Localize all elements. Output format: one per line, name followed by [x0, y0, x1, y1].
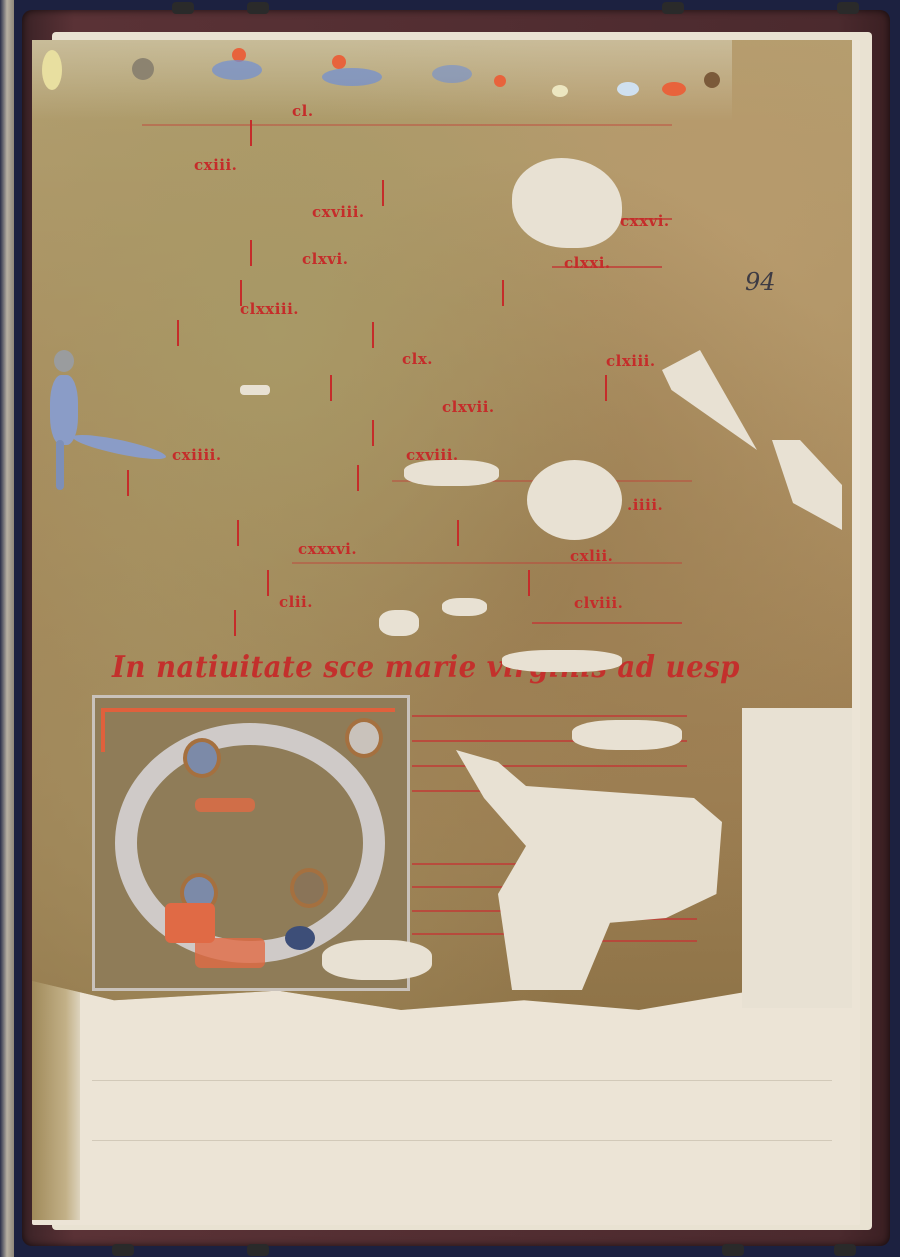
- parchment-fragment-left: [32, 980, 80, 1220]
- repair-paper: [742, 708, 852, 1008]
- chant-number: clxvi.: [302, 250, 348, 268]
- staff-line: [412, 910, 512, 912]
- staff-line: [292, 562, 682, 564]
- white-bud-icon: [552, 85, 568, 97]
- parchment-loss: [379, 610, 419, 636]
- parchment-loss: [404, 460, 499, 486]
- staff-line: [412, 933, 512, 935]
- paper-crease: [92, 1140, 832, 1141]
- figure-robe: [195, 798, 255, 812]
- figure-head: [345, 718, 383, 758]
- chant-number: clxxiii.: [240, 300, 299, 318]
- folio-number: 94: [745, 268, 776, 296]
- binding-clasp: [172, 2, 194, 14]
- parchment-loss: [527, 460, 622, 540]
- chant-number: clii.: [279, 593, 313, 611]
- chant-number: cxiii.: [194, 156, 237, 174]
- division-bar: [457, 520, 459, 546]
- blue-leaf-icon: [322, 68, 382, 86]
- paper-crease: [92, 1080, 832, 1081]
- chant-number: clviii.: [574, 594, 623, 612]
- binding-clasp: [247, 1244, 269, 1256]
- crescent-motif: [42, 50, 62, 90]
- top-decorative-border: [32, 40, 732, 120]
- orange-flower-icon: [662, 82, 686, 96]
- adjacent-page-edge: [0, 0, 14, 1257]
- creature-tail: [72, 430, 168, 463]
- division-bar: [357, 465, 359, 491]
- chant-number: .iiii.: [627, 496, 663, 514]
- division-bar: [237, 520, 239, 546]
- division-bar: [234, 610, 236, 636]
- head-motif: [704, 72, 720, 88]
- chant-number: clxvii.: [442, 398, 495, 416]
- binding-clasp: [834, 1244, 856, 1256]
- orange-flower-icon: [494, 75, 506, 87]
- division-bar: [605, 375, 607, 401]
- binding-clasp: [722, 1244, 744, 1256]
- staff-line: [532, 622, 682, 624]
- chant-number: cxxxvi.: [298, 540, 357, 558]
- staff-line: [412, 715, 687, 717]
- chant-number: clxiii.: [606, 352, 656, 370]
- chant-number: cxviii.: [312, 203, 365, 221]
- division-bar: [250, 240, 252, 266]
- binding-clasp: [247, 2, 269, 14]
- division-bar: [528, 570, 530, 596]
- blue-figure-motif: [285, 926, 315, 950]
- figure-robe: [195, 938, 265, 968]
- chant-number: cxxvi.: [620, 212, 670, 230]
- division-bar: [267, 570, 269, 596]
- creature-leg: [56, 440, 64, 490]
- rubric-heading: In natiuitate sce marie virginis ad uesp: [112, 650, 740, 685]
- staff-line: [412, 765, 687, 767]
- blue-leaf-icon: [212, 60, 262, 80]
- staff-line: [142, 124, 672, 126]
- binding-clasp: [112, 1244, 134, 1256]
- initial-letter-body: [115, 723, 385, 963]
- book-binding: cl. cxiii. cxviii. cxxvi. clxvi. clxxi. …: [22, 10, 890, 1246]
- division-bar: [127, 470, 129, 496]
- division-bar: [330, 375, 332, 401]
- chant-number: clxxi.: [564, 254, 611, 272]
- manuscript-leaf: cl. cxiii. cxviii. cxxvi. clxvi. clxxi. …: [32, 40, 860, 1225]
- parchment-loss: [240, 385, 270, 395]
- creature-body: [50, 375, 78, 445]
- chant-number: cl.: [292, 102, 314, 120]
- chant-number: cxiiii.: [172, 446, 222, 464]
- binding-clasp: [837, 2, 859, 14]
- parchment-loss: [572, 720, 682, 750]
- figure-head: [183, 738, 221, 778]
- head-motif: [132, 58, 154, 80]
- parchment-loss: [322, 940, 432, 980]
- division-bar: [372, 322, 374, 348]
- parchment-loss: [442, 598, 487, 616]
- division-bar: [382, 180, 384, 206]
- blue-leaf-icon: [432, 65, 472, 83]
- division-bar: [177, 320, 179, 346]
- figure-head: [290, 868, 328, 908]
- binding-clasp: [662, 2, 684, 14]
- chant-number: cxlii.: [570, 547, 613, 565]
- division-bar: [250, 120, 252, 146]
- division-bar: [372, 420, 374, 446]
- orange-flower-icon: [332, 55, 346, 69]
- marginal-hybrid-creature: [42, 340, 162, 500]
- parchment-loss: [502, 650, 622, 672]
- figure-robe: [165, 903, 215, 943]
- white-bud-icon: [617, 82, 639, 96]
- division-bar: [502, 280, 504, 306]
- chant-number: clx.: [402, 350, 433, 368]
- creature-head: [54, 350, 74, 372]
